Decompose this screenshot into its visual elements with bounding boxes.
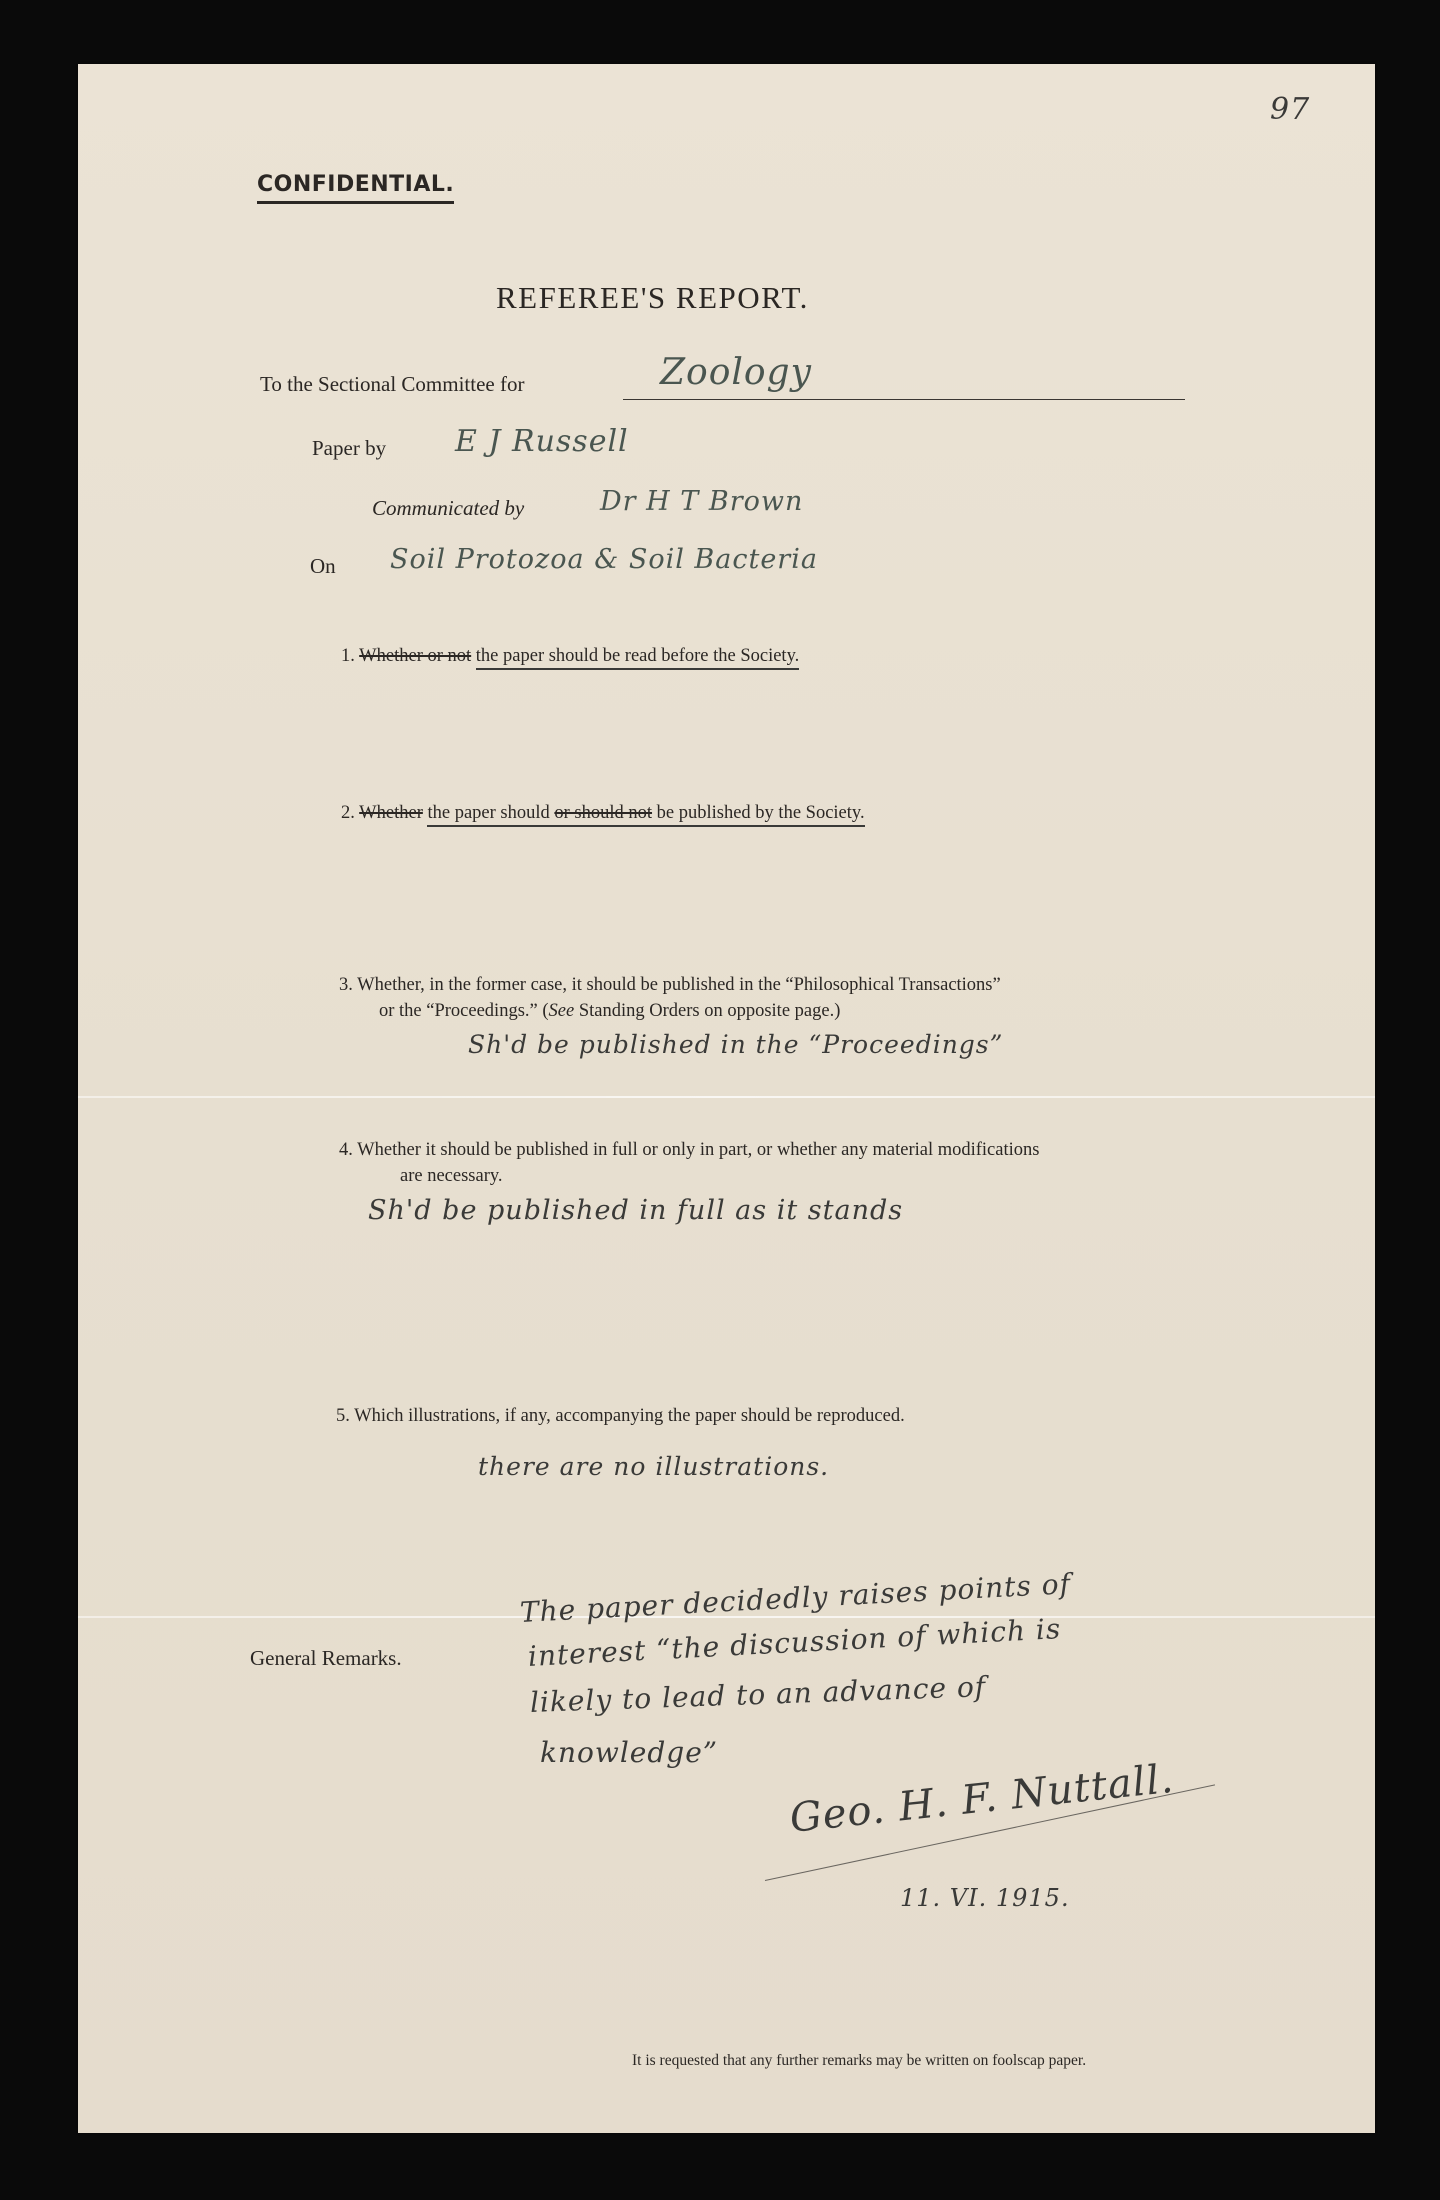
question-2: 2. Whether the paper should or should no… [341, 803, 865, 824]
question-number: 1. [341, 646, 355, 666]
page-number: 97 [1270, 92, 1310, 127]
remarks-line-4: knowledge” [540, 1736, 718, 1769]
answer-5: there are no illustrations. [478, 1452, 829, 1481]
question-text: See [549, 1001, 575, 1021]
struck-text: Whether or not [359, 646, 471, 666]
question-4: 4. Whether it should be published in ful… [339, 1140, 1039, 1161]
question-number: 4. [339, 1140, 353, 1160]
question-text: Standing Orders on opposite page.) [574, 1001, 840, 1021]
footer-note: It is requested that any further remarks… [632, 2052, 1086, 2070]
answer-3: Sh'd be published in the “Proceedings” [468, 1030, 1003, 1059]
question-text: the paper should be read before the Soci… [476, 646, 799, 670]
question-number: 3. [339, 975, 353, 995]
question-text: Whether, in the former case, it should b… [357, 975, 1001, 995]
signature-date: 11. VI. 1915. [900, 1884, 1070, 1912]
question-text: or the “Proceedings.” ( [379, 1001, 549, 1021]
question-text-underlined: the paper should or should not be publis… [427, 803, 864, 827]
communicated-label: Communicated by [372, 496, 524, 521]
question-1: 1. Whether or not the paper should be re… [341, 646, 799, 667]
on-value: Soil Protozoa & Soil Bacteria [390, 544, 818, 575]
struck-text: or should not [554, 803, 652, 823]
communicated-value: Dr H T Brown [600, 486, 803, 517]
question-text: be published by the Society. [657, 803, 865, 823]
question-text: the paper should [427, 803, 549, 823]
question-text: Which illustrations, if any, accompanyin… [354, 1406, 905, 1426]
on-label: On [310, 554, 336, 579]
paper-by-value: E J Russell [455, 424, 629, 459]
answer-4: Sh'd be published in full as it stands [368, 1195, 903, 1226]
general-remarks-label: General Remarks. [250, 1646, 402, 1671]
question-4-line2: are necessary. [400, 1166, 503, 1187]
fold-line [78, 1096, 1375, 1098]
question-number: 5. [336, 1406, 350, 1426]
question-3-line2: or the “Proceedings.” (See Standing Orde… [379, 1001, 840, 1022]
question-3: 3. Whether, in the former case, it shoul… [339, 975, 1001, 996]
paper-by-label: Paper by [312, 436, 386, 461]
committee-underline [623, 399, 1185, 400]
question-number: 2. [341, 803, 355, 823]
question-text: Whether it should be published in full o… [357, 1140, 1039, 1160]
struck-text: Whether [359, 803, 423, 823]
page-title: REFEREE'S REPORT. [496, 280, 809, 316]
question-5: 5. Which illustrations, if any, accompan… [336, 1406, 905, 1427]
committee-value: Zoology [660, 352, 812, 393]
confidential-label: CONFIDENTIAL. [257, 172, 454, 204]
committee-label: To the Sectional Committee for [260, 372, 524, 397]
